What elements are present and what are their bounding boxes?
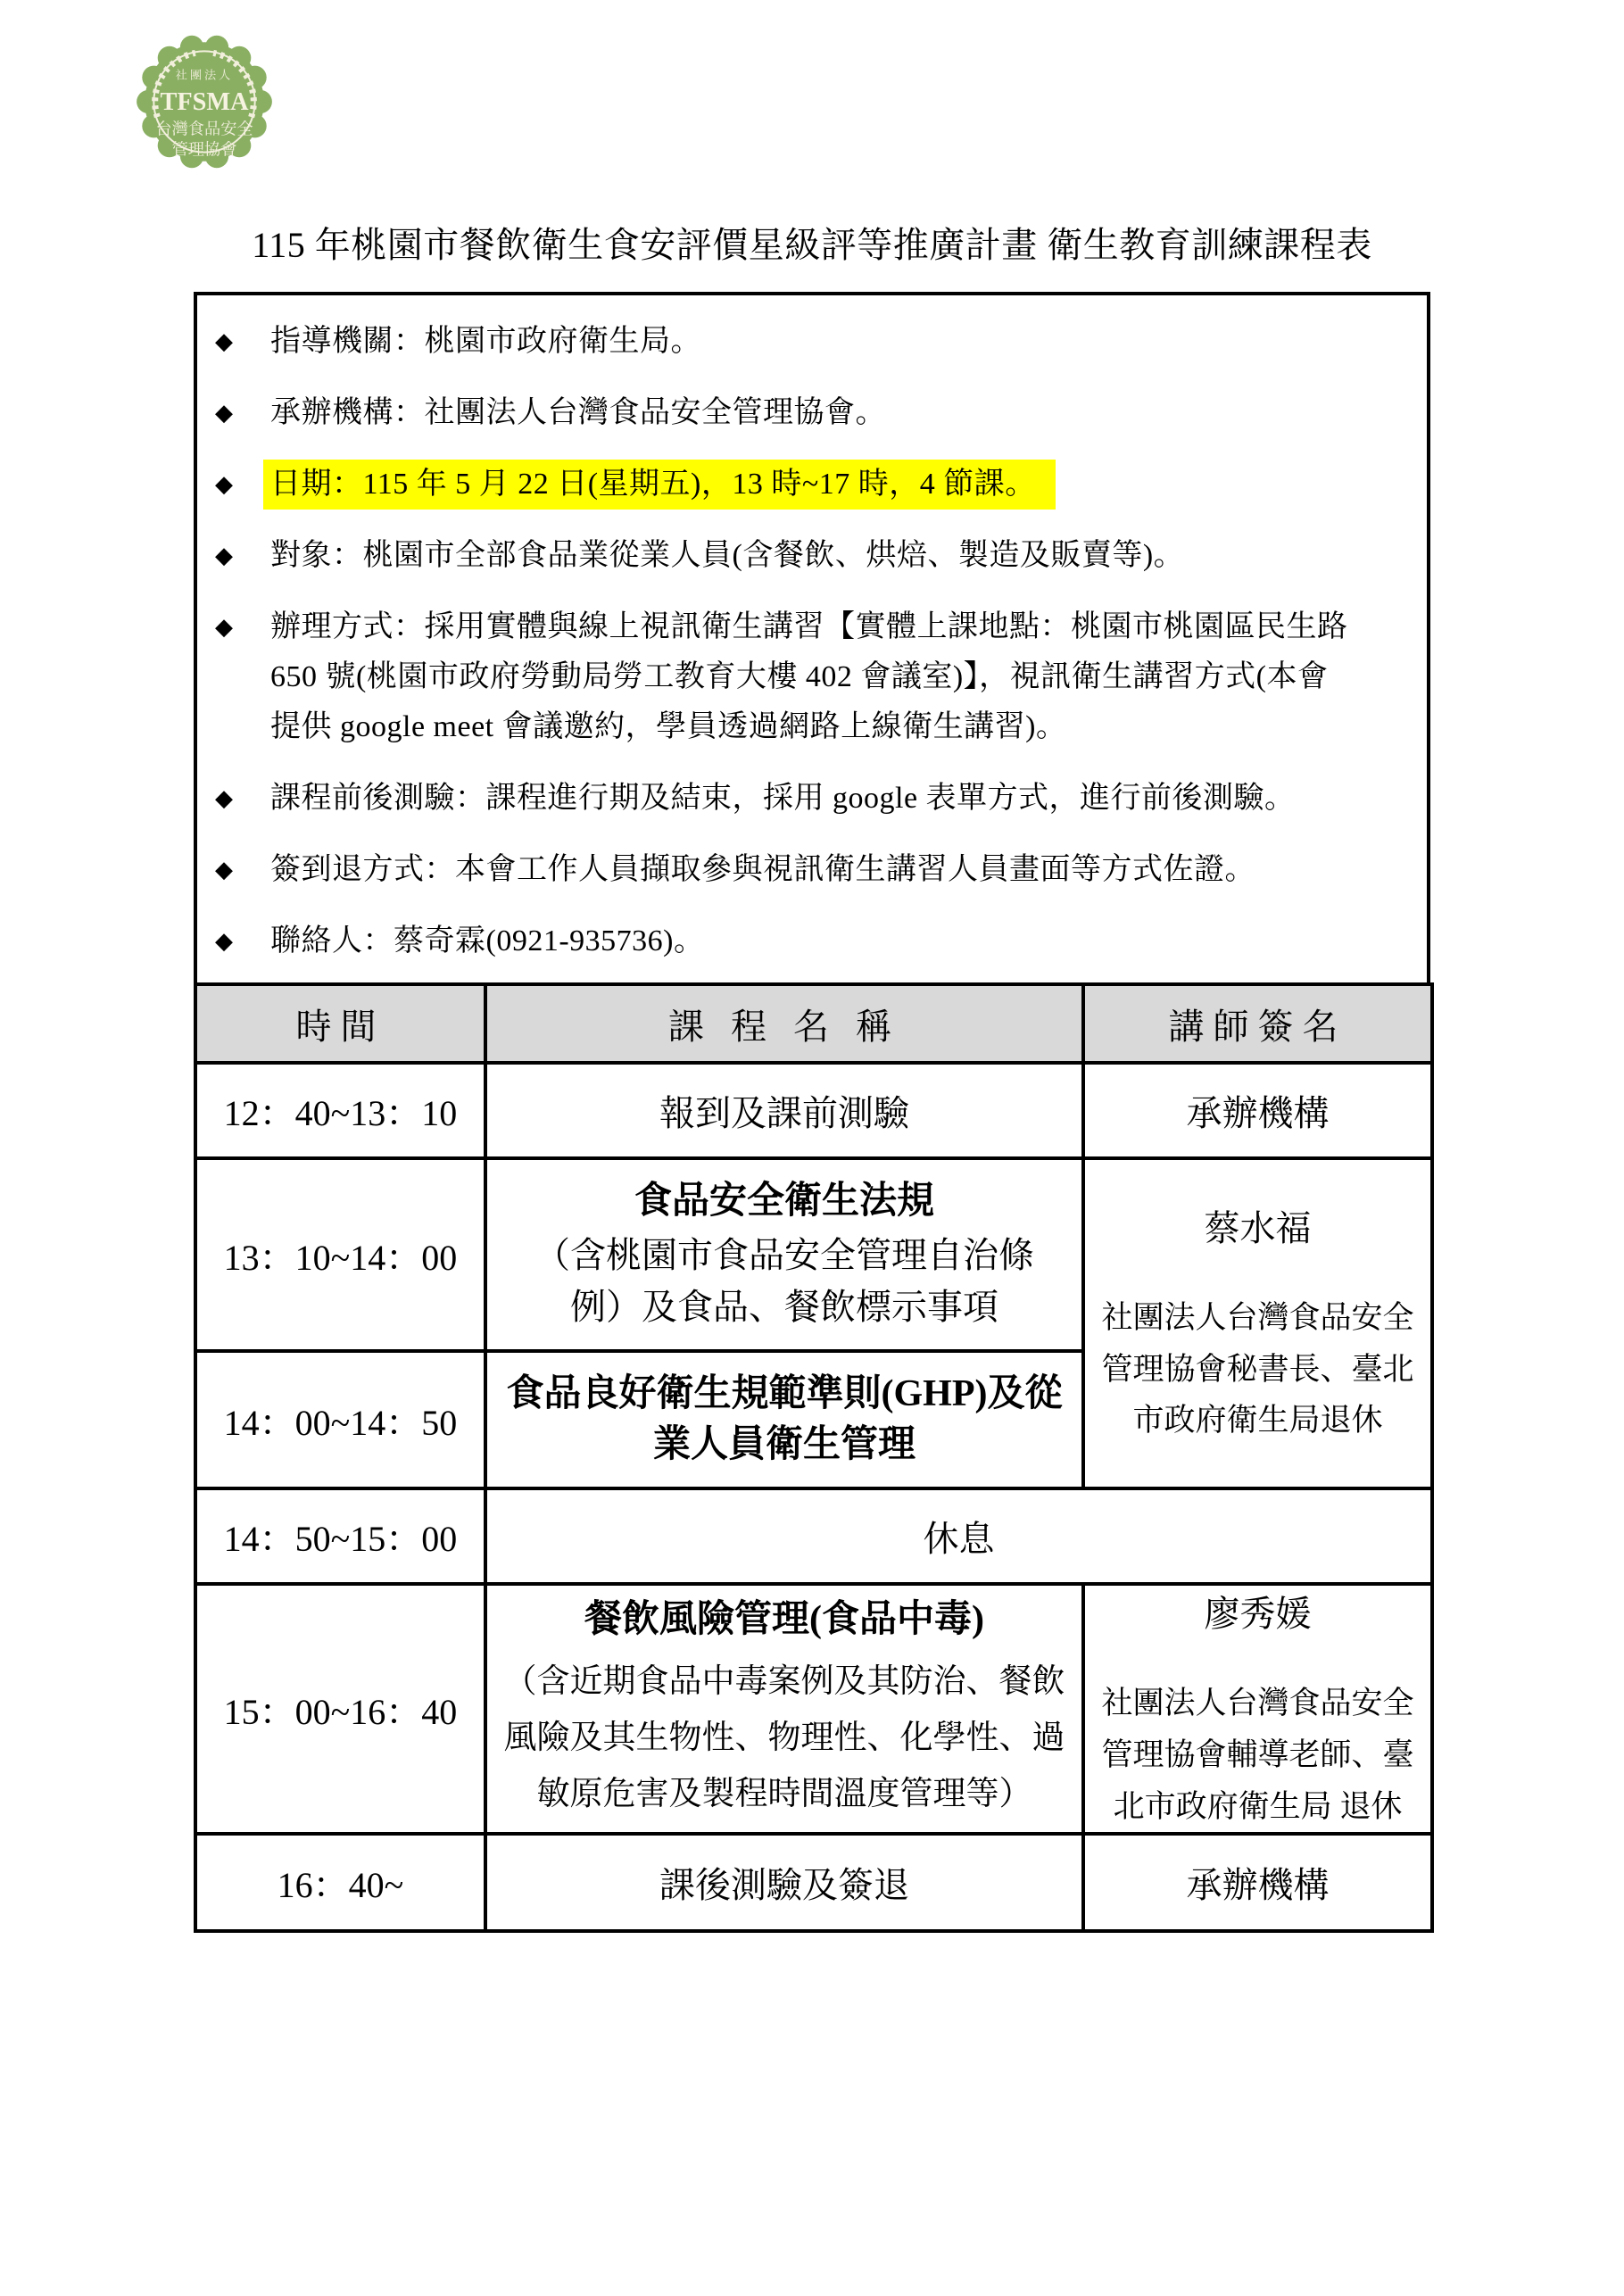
- instructor-affiliation: 社團法人台灣食品安全 管理協會輔導老師、臺 北市政府衛生局 退休: [1090, 1678, 1425, 1832]
- diamond-bullet-icon: ◆: [215, 388, 270, 438]
- info-list: ◆ 指導機關：桃園市政府衛生局。 ◆ 承辦機構：社團法人台灣食品安全管理協會。 …: [215, 317, 1404, 966]
- info-item-text: 簽到退方式：本會工作人員擷取參與視訊衛生講習人員畫面等方式佐證。: [270, 845, 1404, 895]
- course-cell: 餐飲風險管理(食品中毒) （含近期食品中毒案例及其防治、餐飲 風險及其生物性、物…: [485, 1584, 1083, 1834]
- diamond-bullet-icon: ◆: [215, 845, 270, 895]
- seal-icon: 社團法人 TFSMA 台灣食品安全 管理協會: [132, 25, 277, 178]
- course-title: 食品良好衛生規範準則(GHP)及從 業人員衛生管理: [493, 1369, 1076, 1470]
- diamond-bullet-icon: ◆: [215, 916, 270, 966]
- info-item-organizer: ◆ 承辦機構：社團法人台灣食品安全管理協會。: [215, 388, 1404, 438]
- info-item-text: 辦理方式：採用實體與線上視訊衛生講習【實體上課地點：桃園市桃園區民生路 650 …: [270, 602, 1404, 752]
- instructor-name: 廖秀媛: [1090, 1586, 1425, 1637]
- info-item-advisor: ◆ 指導機關：桃園市政府衛生局。: [215, 317, 1404, 367]
- header-row: 時間 課 程 名 稱 講師簽名: [195, 984, 1432, 1063]
- info-item-text: 指導機關：桃園市政府衛生局。: [270, 317, 1404, 367]
- course-cell: 食品良好衛生規範準則(GHP)及從 業人員衛生管理: [485, 1351, 1083, 1488]
- logo-name-line2: 管理協會: [172, 141, 237, 159]
- logo-name-line1: 台灣食品安全: [155, 120, 253, 137]
- time-cell: 13：10~14：00: [195, 1158, 485, 1351]
- info-item-tests: ◆ 課程前後測驗：課程進行期及結束，採用 google 表單方式，進行前後測驗。: [215, 774, 1404, 824]
- diamond-bullet-icon: ◆: [215, 460, 270, 510]
- course-title: 食品安全衛生法規: [493, 1176, 1076, 1227]
- info-item-text: 聯絡人：蔡奇霖(0921-935736)。: [270, 916, 1404, 966]
- course-cell: 食品安全衛生法規 （含桃園市食品安全管理自治條 例）及食品、餐飲標示事項: [485, 1158, 1083, 1351]
- course-title: 餐飲風險管理(食品中毒): [493, 1595, 1076, 1645]
- info-item-signin: ◆ 簽到退方式：本會工作人員擷取參與視訊衛生講習人員畫面等方式佐證。: [215, 845, 1404, 895]
- table-row-risk-management: 15：00~16：40 餐飲風險管理(食品中毒) （含近期食品中毒案例及其防治、…: [195, 1584, 1432, 1834]
- course-desc: （含桃園市食品安全管理自治條 例）及食品、餐飲標示事項: [493, 1230, 1076, 1333]
- course-cell: 報到及課前測驗: [485, 1063, 1083, 1158]
- instructor-cell: 蔡水福 社團法人台灣食品安全 管理協會秘書長、臺北 市政府衛生局退休: [1083, 1158, 1432, 1488]
- info-item-method: ◆ 辦理方式：採用實體與線上視訊衛生講習【實體上課地點：桃園市桃園區民生路 65…: [215, 602, 1404, 752]
- course-cell: 課後測驗及簽退: [485, 1834, 1083, 1931]
- instructor-affiliation: 社團法人台灣食品安全 管理協會秘書長、臺北 市政府衛生局退休: [1090, 1292, 1425, 1446]
- diamond-bullet-icon: ◆: [215, 531, 270, 581]
- diamond-bullet-icon: ◆: [215, 602, 270, 652]
- col-header-time: 時間: [195, 984, 485, 1063]
- diamond-bullet-icon: ◆: [215, 774, 270, 824]
- tfsma-logo: 社團法人 TFSMA 台灣食品安全 管理協會: [132, 25, 277, 178]
- instructor-cell: 承辦機構: [1083, 1063, 1432, 1158]
- table-row-break: 14：50~15：00 休息: [195, 1488, 1432, 1584]
- instructor-cell: 廖秀媛 社團法人台灣食品安全 管理協會輔導老師、臺 北市政府衛生局 退休: [1083, 1584, 1432, 1834]
- course-desc: （含近期食品中毒案例及其防治、餐飲 風險及其生物性、物理性、化學性、過 敏原危害…: [493, 1654, 1076, 1823]
- info-item-text: 對象：桃園市全部食品業從業人員(含餐飲、烘焙、製造及販賣等)。: [270, 531, 1404, 581]
- diamond-bullet-icon: ◆: [215, 317, 270, 367]
- course-cell: 休息: [485, 1488, 1432, 1584]
- col-header-course: 課 程 名 稱: [485, 984, 1083, 1063]
- time-cell: 15：00~16：40: [195, 1584, 485, 1834]
- table-row-post-test: 16：40~ 課後測驗及簽退 承辦機構: [195, 1834, 1432, 1931]
- info-item-text: 承辦機構：社團法人台灣食品安全管理協會。: [270, 388, 1404, 438]
- col-header-instructor: 講師簽名: [1083, 984, 1432, 1063]
- info-item-text-highlight: 日期：115 年 5 月 22 日(星期五)，13 時~17 時，4 節課。: [263, 460, 1056, 510]
- schedule-table: 時間 課 程 名 稱 講師簽名 12：40~13：10 報到及課前測驗 承辦機構…: [194, 982, 1434, 1933]
- info-box: ◆ 指導機關：桃園市政府衛生局。 ◆ 承辦機構：社團法人台灣食品安全管理協會。 …: [194, 292, 1430, 982]
- document-page: 社團法人 TFSMA 台灣食品安全 管理協會 115 年桃園市餐飲衛生食安評價星…: [0, 0, 1624, 2296]
- info-item-audience: ◆ 對象：桃園市全部食品業從業人員(含餐飲、烘焙、製造及販賣等)。: [215, 531, 1404, 581]
- table-row-registration: 12：40~13：10 報到及課前測驗 承辦機構: [195, 1063, 1432, 1158]
- time-cell: 14：50~15：00: [195, 1488, 485, 1584]
- time-cell: 14：00~14：50: [195, 1351, 485, 1488]
- instructor-cell: 承辦機構: [1083, 1834, 1432, 1931]
- logo-org-type: 社團法人: [176, 68, 234, 82]
- time-cell: 16：40~: [195, 1834, 485, 1931]
- info-item-text: 課程前後測驗：課程進行期及結束，採用 google 表單方式，進行前後測驗。: [270, 774, 1404, 824]
- info-item-date-highlighted: ◆ 日期：115 年 5 月 22 日(星期五)，13 時~17 時，4 節課。: [215, 460, 1404, 510]
- info-item-contact: ◆ 聯絡人：蔡奇霖(0921-935736)。: [215, 916, 1404, 966]
- logo-acronym: TFSMA: [160, 88, 249, 116]
- time-cell: 12：40~13：10: [195, 1063, 485, 1158]
- page-title: 115 年桃園市餐飲衛生食安評價星級評等推廣計畫 衛生教育訓練課程表: [0, 217, 1624, 268]
- table-row-food-safety-law: 13：10~14：00 食品安全衛生法規 （含桃園市食品安全管理自治條 例）及食…: [195, 1158, 1432, 1351]
- instructor-name: 蔡水福: [1090, 1200, 1425, 1251]
